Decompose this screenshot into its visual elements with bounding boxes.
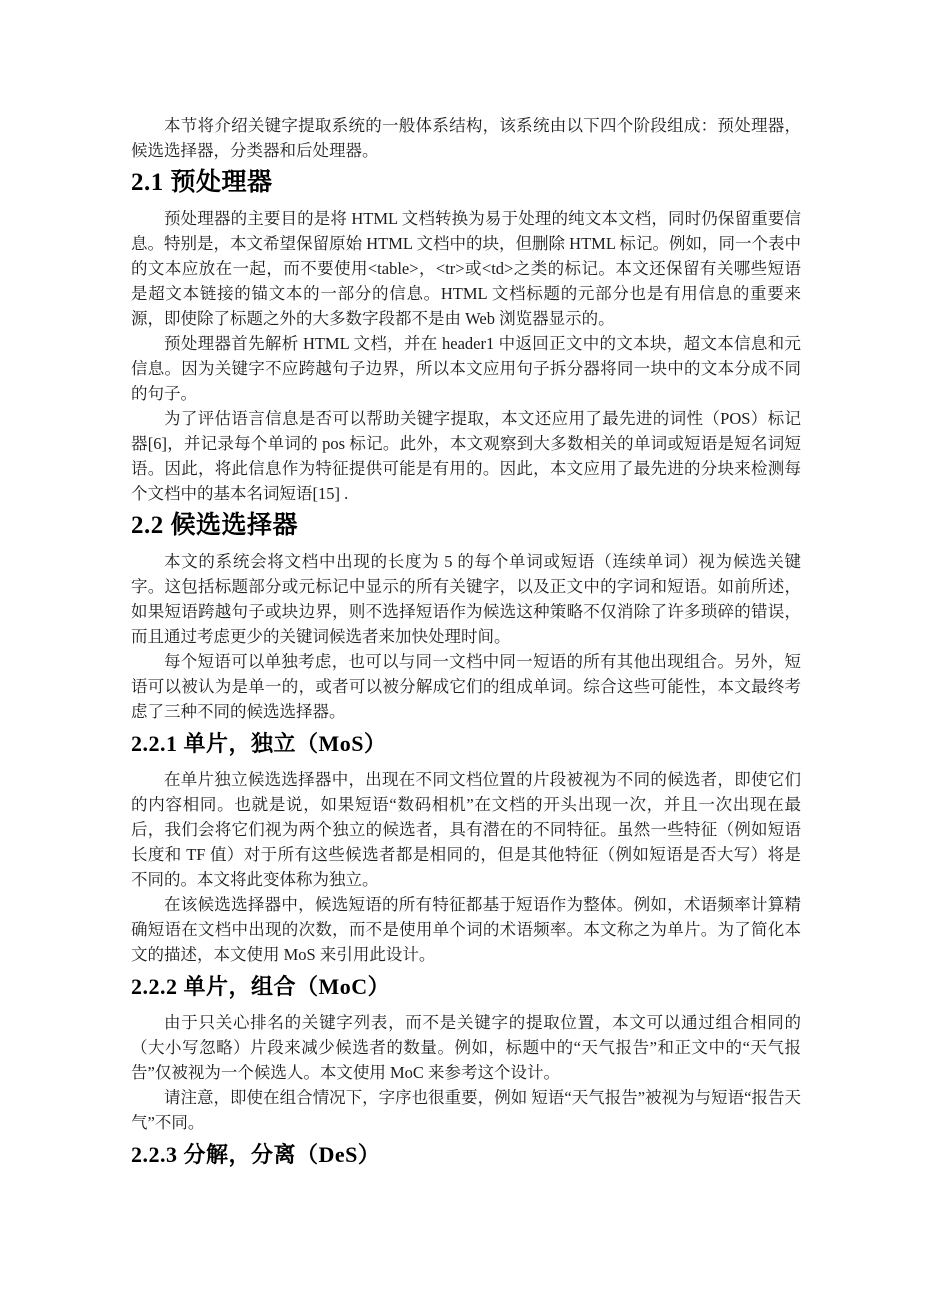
document-page: 本节将介绍关键字提取系统的一般体系结构，该系统由以下四个阶段组成：预处理器，候选…	[0, 0, 926, 1309]
document-viewport: { "page": { "background_color": "#ffffff…	[0, 0, 926, 1309]
paragraph: 本文的系统会将文档中出现的长度为 5 的每个单词或短语（连续单词）视为候选关键字…	[131, 549, 801, 649]
paragraph: 预处理器首先解析 HTML 文档，并在 header1 中返回正文中的文本块，超…	[131, 331, 801, 406]
paragraph: 在单片独立候选选择器中，出现在不同文档位置的片段被视为不同的候选者，即使它们的内…	[131, 767, 801, 892]
subsection-heading-2-2-2: 2.2.2 单片，组合（MoC）	[131, 971, 801, 1003]
paragraph: 在该候选选择器中，候选短语的所有特征都基于短语作为整体。例如，术语频率计算精确短…	[131, 892, 801, 967]
subsection-heading-2-2-3: 2.2.3 分解，分离（DeS）	[131, 1139, 801, 1171]
section-heading-2-2: 2.2 候选选择器	[131, 510, 801, 542]
intro-paragraph: 本节将介绍关键字提取系统的一般体系结构，该系统由以下四个阶段组成：预处理器，候选…	[131, 113, 801, 163]
document-content: 本节将介绍关键字提取系统的一般体系结构，该系统由以下四个阶段组成：预处理器，候选…	[131, 113, 801, 1178]
paragraph: 预处理器的主要目的是将 HTML 文档转换为易于处理的纯文本文档，同时仍保留重要…	[131, 206, 801, 331]
paragraph: 请注意，即使在组合情况下，字序也很重要，例如 短语“天气报告”被视为与短语“报告…	[131, 1085, 801, 1135]
paragraph: 每个短语可以单独考虑，也可以与同一文档中同一短语的所有其他出现组合。另外，短语可…	[131, 649, 801, 724]
paragraph: 由于只关心排名的关键字列表，而不是关键字的提取位置，本文可以通过组合相同的（大小…	[131, 1010, 801, 1085]
subsection-heading-2-2-1: 2.2.1 单片，独立（MoS）	[131, 728, 801, 760]
section-heading-2-1: 2.1 预处理器	[131, 167, 801, 199]
paragraph: 为了评估语言信息是否可以帮助关键字提取，本文还应用了最先进的词性（POS）标记器…	[131, 406, 801, 506]
